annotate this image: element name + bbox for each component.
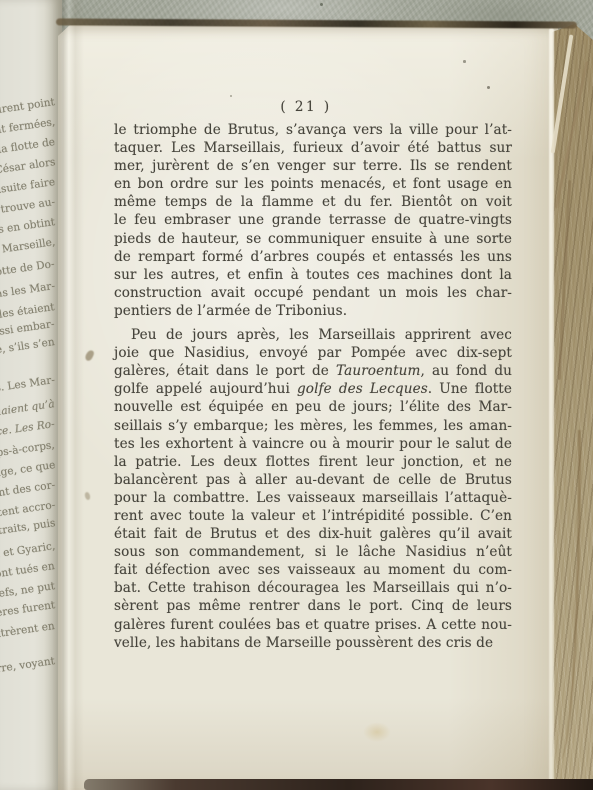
text-line: sur les autres, et enfin à toutes ces ma… xyxy=(114,266,512,284)
text-line: velle, les habitans de Marseille poussèr… xyxy=(114,634,512,652)
text-line: rent avec toute la valeur et l’intrépidi… xyxy=(114,507,512,525)
prev-page-text-fragment: e furent point xyxy=(0,97,56,118)
text-line: le triomphe de Brutus, s’avança vers la … xyxy=(114,121,512,139)
prev-page-text-fragment: ida pas les Mar- xyxy=(0,281,56,304)
prev-page-text-fragment: ort de Marseille, xyxy=(0,237,56,260)
text-line: Peu de jours après, les Marseillais appr… xyxy=(114,326,512,344)
paragraph: le triomphe de Brutus, s’avança vers la … xyxy=(114,121,512,320)
prev-page-text-fragment: e à la flotte de xyxy=(0,137,56,159)
prev-page-text-fragment: es rentrèrent en xyxy=(0,621,56,644)
prev-page-text-fragment: ù se trouve au- xyxy=(0,197,56,219)
book-bottom-edge xyxy=(84,779,593,790)
page-text: ( 21 ) le triomphe de Brutus, s’avança v… xyxy=(114,97,512,652)
page-number: ( 21 ) xyxy=(114,97,512,121)
text-line: en bon ordre sur les points menacés, et … xyxy=(114,175,512,193)
prev-page-text-fragment: r terre, voyant xyxy=(0,656,56,678)
prev-page-text-fragment: ndant des cor- xyxy=(0,480,56,502)
prev-page-text-fragment: berté, s’ils s’en xyxy=(0,337,56,359)
text-line: la patrie. Les deux flottes firent leur … xyxy=(114,453,512,471)
paragraph: Peu de jours après, les Marseillais appr… xyxy=(114,326,512,652)
prev-page-text-fragment: rdage, ce que xyxy=(0,460,56,481)
prev-page-text-fragment: utus en obtint xyxy=(0,217,56,238)
text-line: seillais s’y embarque; les mères, les fe… xyxy=(114,417,512,435)
text-line: sous son commandement, si le lâche Nasid… xyxy=(114,543,512,561)
text-line: golfe appelé aujourd’hui golfe des Lecqu… xyxy=(114,380,512,398)
prev-page-text-fragment: x mains. Les Mar- xyxy=(0,375,56,399)
text-line: sèrent pas même rentrer dans le port. Ci… xyxy=(114,597,512,615)
text-line: galères furent coulées bas et quatre pri… xyxy=(114,616,512,634)
text-line: nouvelle est équipée en peu de jours; l’… xyxy=(114,398,512,416)
prev-page-text-fragment: la flotte de Do- xyxy=(0,259,56,281)
text-line: fait défection avec ses vaisseaux au mom… xyxy=(114,561,512,579)
text-line: taquer. Les Marseillais, furieux d’avoir… xyxy=(114,139,512,157)
text-line: construction avait occupé pendant un moi… xyxy=(114,284,512,302)
text-line: bat. Cette trahison découragea les Marse… xyxy=(114,579,512,597)
body-text: le triomphe de Brutus, s’avança vers la … xyxy=(114,121,512,652)
prev-page-text-fragment: ée. César alors xyxy=(0,157,56,179)
text-line: balancèrent pas à aller au-devant de cel… xyxy=(114,471,512,489)
prev-page-text-fragment: p de traits, puis xyxy=(0,518,56,541)
text-line: galères, était dans le port de Tauroentu… xyxy=(114,362,512,380)
text-line: joie que Nasidius, envoyé par Pompée ave… xyxy=(114,344,512,362)
text-line: pentiers de l’armée de Tribonius. xyxy=(114,302,512,320)
text-line: pieds de hauteur, se communiquer ensuite… xyxy=(114,230,512,248)
prev-page-text-fragment: ulon et Gyaric, xyxy=(0,541,56,563)
text-line: tes les exhortent à vaincre ou à mourir … xyxy=(114,435,512,453)
text-line: pour la combattre. Les vaisseaux marseil… xyxy=(114,489,512,507)
text-line: mer, jurèrent de s’en venger sur terre. … xyxy=(114,157,512,175)
previous-page-edge: e furent pointfurent fermées,e à la flot… xyxy=(0,0,62,790)
text-line: le feu embraser une grande terrasse de q… xyxy=(114,211,512,229)
prev-page-text-fragment: ervice. Les Ro- xyxy=(0,419,56,441)
text-line: était fait de Brutus et des dix-huit gal… xyxy=(114,525,512,543)
text-line: de rempart formé d’arbres coupés et enta… xyxy=(114,248,512,266)
text-line: même temps de la flamme et du fer. Bient… xyxy=(114,193,512,211)
